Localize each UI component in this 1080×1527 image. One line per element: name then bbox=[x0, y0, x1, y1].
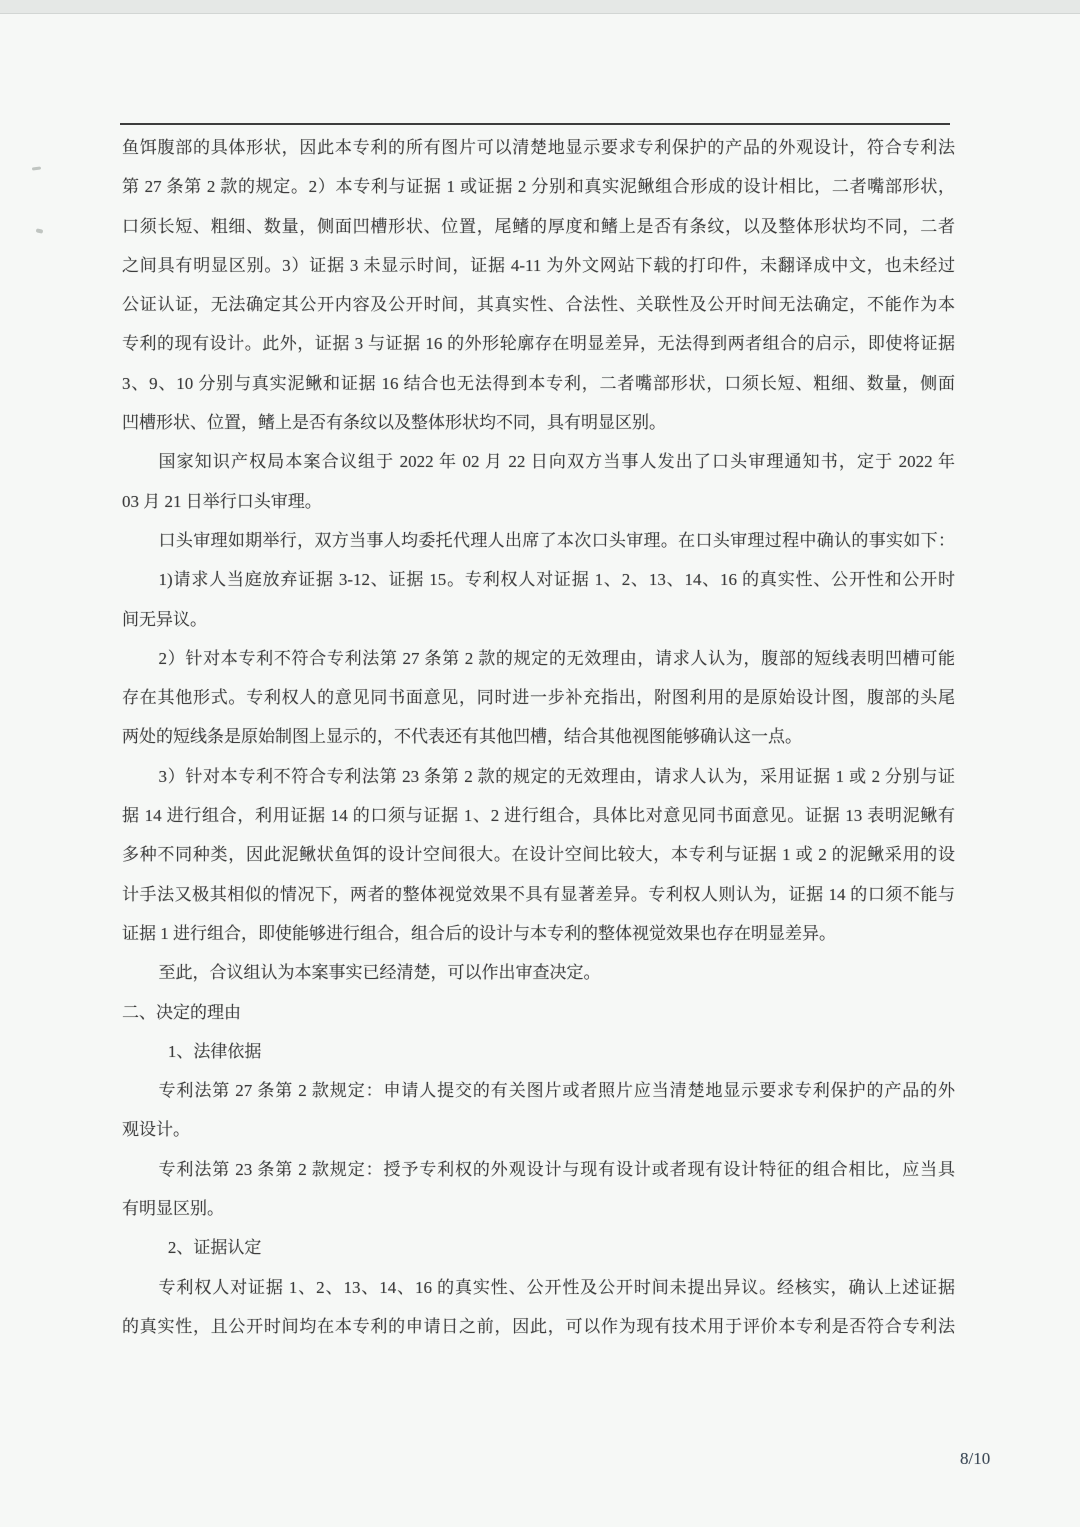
text-line: 口须长短、粗细、数量，侧面凹槽形状、位置，尾鳍的厚度和鳍上是否有条纹，以及整体形… bbox=[122, 207, 955, 246]
paragraph: 专利权人对证据 1、2、13、14、16 的真实性、公开性及公开时间未提出异议。… bbox=[122, 1268, 955, 1347]
text-line: 03 月 21 日举行口头审理。 bbox=[122, 482, 955, 521]
paragraph: 国家知识产权局本案合议组于 2022 年 02 月 22 日向双方当事人发出了口… bbox=[122, 442, 955, 521]
text-line: 证据 1 进行组合，即使能够进行组合，组合后的设计与本专利的整体视觉效果也存在明… bbox=[122, 914, 955, 953]
text-line: 3、9、10 分别与真实泥鳅和证据 16 结合也无法得到本专利，二者嘴部形状，口… bbox=[122, 364, 955, 403]
scan-artifact bbox=[36, 228, 44, 234]
text-line: 的真实性，且公开时间均在本专利的申请日之前，因此，可以作为现有技术用于评价本专利… bbox=[122, 1307, 955, 1346]
document-page: 鱼饵腹部的具体形状，因此本专利的所有图片可以清楚地显示要求专利保护的产品的外观设… bbox=[0, 0, 1080, 1527]
text-line: 鱼饵腹部的具体形状，因此本专利的所有图片可以清楚地显示要求专利保护的产品的外观设… bbox=[122, 128, 955, 167]
text-line: 有明显区别。 bbox=[122, 1189, 955, 1228]
text-line: 专利法第 27 条第 2 款规定：申请人提交的有关图片或者照片应当清楚地显示要求… bbox=[122, 1071, 955, 1110]
section-heading: 二、决定的理由 bbox=[122, 993, 955, 1032]
text-line: 1、法律依据 bbox=[122, 1032, 955, 1071]
scan-top-edge bbox=[0, 0, 1080, 14]
text-line: 凹槽形状、位置，鳍上是否有条纹以及整体形状均不同，具有明显区别。 bbox=[122, 403, 955, 442]
text-line: 二、决定的理由 bbox=[122, 993, 955, 1032]
text-line: 多种不同种类，因此泥鳅状鱼饵的设计空间很大。在设计空间比较大，本专利与证据 1 … bbox=[122, 835, 955, 874]
text-line: 间无异议。 bbox=[122, 600, 955, 639]
paragraph: 鱼饵腹部的具体形状，因此本专利的所有图片可以清楚地显示要求专利保护的产品的外观设… bbox=[122, 128, 955, 442]
text-line: 第 27 条第 2 款的规定。2）本专利与证据 1 或证据 2 分别和真实泥鳅组… bbox=[122, 167, 955, 206]
text-line: 2、证据认定 bbox=[122, 1228, 955, 1267]
text-line: 专利的现有设计。此外，证据 3 与证据 16 的外形轮廓存在明显差异，无法得到两… bbox=[122, 324, 955, 363]
document-body: 鱼饵腹部的具体形状，因此本专利的所有图片可以清楚地显示要求专利保护的产品的外观设… bbox=[122, 128, 955, 1346]
text-line: 之间具有明显区别。3）证据 3 未显示时间，证据 4-11 为外文网站下载的打印… bbox=[122, 246, 955, 285]
scan-artifact bbox=[32, 166, 41, 170]
subsection-heading: 2、证据认定 bbox=[122, 1228, 955, 1267]
paragraph: 1)请求人当庭放弃证据 3-12、证据 15。专利权人对证据 1、2、13、14… bbox=[122, 560, 955, 639]
text-line: 口头审理如期举行，双方当事人均委托代理人出席了本次口头审理。在口头审理过程中确认… bbox=[122, 521, 955, 560]
text-line: 专利权人对证据 1、2、13、14、16 的真实性、公开性及公开时间未提出异议。… bbox=[122, 1268, 955, 1307]
paragraph: 3）针对本专利不符合专利法第 23 条第 2 款的规定的无效理由，请求人认为，采… bbox=[122, 757, 955, 953]
page-number: 8/10 bbox=[960, 1449, 1020, 1469]
text-line: 公证认证，无法确定其公开内容及公开时间，其真实性、合法性、关联性及公开时间无法确… bbox=[122, 285, 955, 324]
text-line: 观设计。 bbox=[122, 1110, 955, 1149]
text-line: 1)请求人当庭放弃证据 3-12、证据 15。专利权人对证据 1、2、13、14… bbox=[122, 560, 955, 599]
paragraph: 口头审理如期举行，双方当事人均委托代理人出席了本次口头审理。在口头审理过程中确认… bbox=[122, 521, 955, 560]
paragraph: 专利法第 27 条第 2 款规定：申请人提交的有关图片或者照片应当清楚地显示要求… bbox=[122, 1071, 955, 1150]
text-line: 据 14 进行组合，利用证据 14 的口须与证据 1、2 进行组合，具体比对意见… bbox=[122, 796, 955, 835]
text-line: 计手法又极其相似的情况下，两者的整体视觉效果不具有显著差异。专利权人则认为，证据… bbox=[122, 875, 955, 914]
text-line: 国家知识产权局本案合议组于 2022 年 02 月 22 日向双方当事人发出了口… bbox=[122, 442, 955, 481]
text-line: 2）针对本专利不符合专利法第 27 条第 2 款的规定的无效理由，请求人认为，腹… bbox=[122, 639, 955, 678]
paragraph: 2）针对本专利不符合专利法第 27 条第 2 款的规定的无效理由，请求人认为，腹… bbox=[122, 639, 955, 757]
paragraph: 专利法第 23 条第 2 款规定：授予专利权的外观设计与现有设计或者现有设计特征… bbox=[122, 1150, 955, 1229]
header-separator-line bbox=[120, 123, 950, 125]
text-line: 两处的短线条是原始制图上显示的，不代表还有其他凹槽，结合其他视图能够确认这一点。 bbox=[122, 717, 955, 756]
paragraph: 至此，合议组认为本案事实已经清楚，可以作出审查决定。 bbox=[122, 953, 955, 992]
text-line: 专利法第 23 条第 2 款规定：授予专利权的外观设计与现有设计或者现有设计特征… bbox=[122, 1150, 955, 1189]
text-line: 存在其他形式。专利权人的意见同书面意见，同时进一步补充指出，附图利用的是原始设计… bbox=[122, 678, 955, 717]
text-line: 至此，合议组认为本案事实已经清楚，可以作出审查决定。 bbox=[122, 953, 955, 992]
text-line: 3）针对本专利不符合专利法第 23 条第 2 款的规定的无效理由，请求人认为，采… bbox=[122, 757, 955, 796]
subsection-heading: 1、法律依据 bbox=[122, 1032, 955, 1071]
